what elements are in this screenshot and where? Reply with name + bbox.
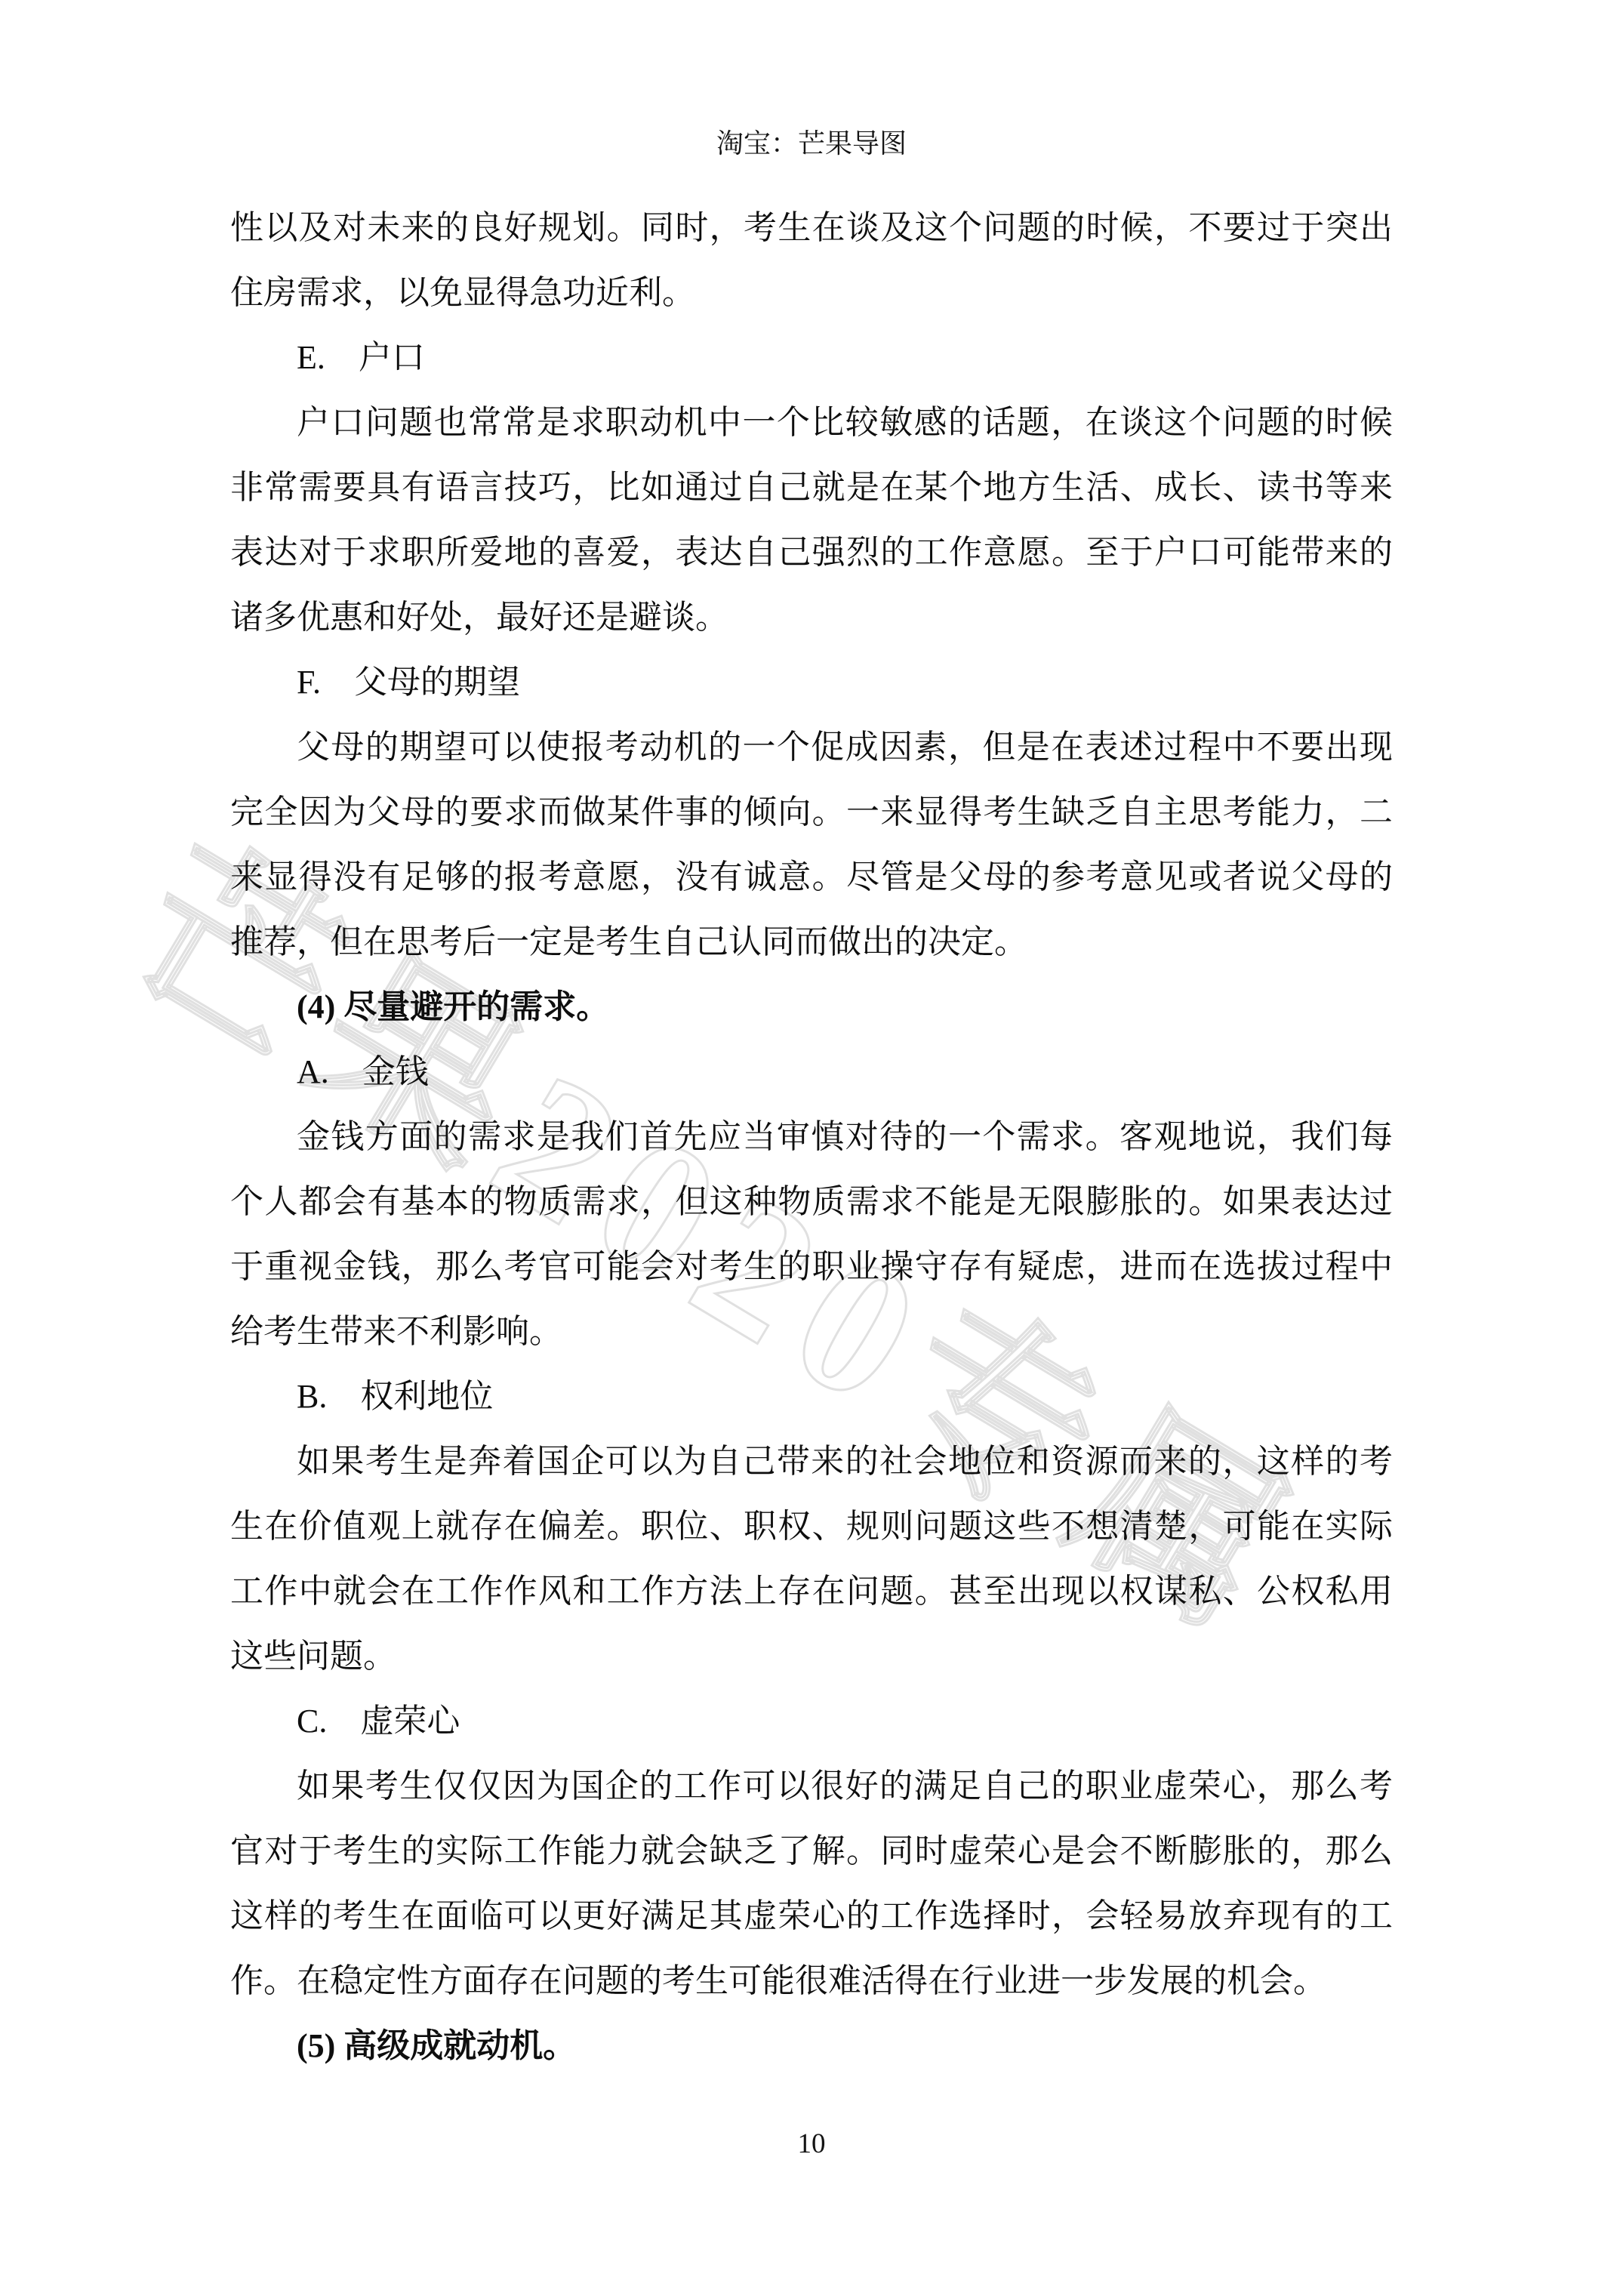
text-line: 个人都会有基本的物质需求，但这种物质需求不能是无限膨胀的。如果表达过 — [230, 1170, 1393, 1234]
bold-heading-line: (5) 高级成就动机。 — [230, 2014, 1393, 2079]
bold-heading-line: (4) 尽量避开的需求。 — [230, 975, 1393, 1040]
text-line: 来显得没有足够的报考意愿，没有诚意。尽管是父母的参考意见或者说父母的 — [230, 845, 1393, 910]
text-line: 如果考生仅仅因为国企的工作可以很好的满足自己的职业虚荣心，那么考 — [230, 1754, 1393, 1819]
text-line: 工作中就会在工作作风和工作方法上存在问题。甚至出现以权谋私、公权私用 — [230, 1559, 1393, 1624]
text-line: C. 虚荣心 — [230, 1689, 1393, 1754]
text-line: F. 父母的期望 — [230, 650, 1393, 715]
page-number: 10 — [0, 2128, 1623, 2161]
text-line: B. 权利地位 — [230, 1364, 1393, 1429]
document-body: 性以及对未来的良好规划。同时，考生在谈及这个问题的时候，不要过于突出住房需求，以… — [230, 196, 1393, 2079]
text-line: 给考生带来不利影响。 — [230, 1299, 1393, 1364]
document-page: 淘宝：芒果导图 芒果2020专属 性以及对未来的良好规划。同时，考生在谈及这个问… — [0, 0, 1623, 2296]
text-line: 推荐，但在思考后一定是考生自己认同而做出的决定。 — [230, 910, 1393, 975]
text-line: 金钱方面的需求是我们首先应当审慎对待的一个需求。客观地说，我们每 — [230, 1105, 1393, 1170]
text-line: 于重视金钱，那么考官可能会对考生的职业操守存有疑虑，进而在选拔过程中 — [230, 1234, 1393, 1299]
text-line: 诸多优惠和好处，最好还是避谈。 — [230, 585, 1393, 650]
page-header-title: 淘宝：芒果导图 — [0, 127, 1623, 160]
text-line: 性以及对未来的良好规划。同时，考生在谈及这个问题的时候，不要过于突出 — [230, 196, 1393, 260]
text-line: 非常需要具有语言技巧，比如通过自己就是在某个地方生活、成长、读书等来 — [230, 455, 1393, 520]
text-line: 作。在稳定性方面存在问题的考生可能很难活得在行业进一步发展的机会。 — [230, 1949, 1393, 2014]
text-line: 完全因为父母的要求而做某件事的倾向。一来显得考生缺乏自主思考能力，二 — [230, 780, 1393, 845]
text-line: E. 户口 — [230, 325, 1393, 390]
text-line: 住房需求，以免显得急功近利。 — [230, 260, 1393, 325]
text-line: 父母的期望可以使报考动机的一个促成因素，但是在表述过程中不要出现 — [230, 715, 1393, 780]
text-line: A. 金钱 — [230, 1040, 1393, 1105]
text-line: 表达对于求职所爱地的喜爱，表达自己强烈的工作意愿。至于户口可能带来的 — [230, 520, 1393, 585]
text-line: 官对于考生的实际工作能力就会缺乏了解。同时虚荣心是会不断膨胀的，那么 — [230, 1819, 1393, 1884]
text-line: 这样的考生在面临可以更好满足其虚荣心的工作选择时，会轻易放弃现有的工 — [230, 1884, 1393, 1949]
text-line: 生在价值观上就存在偏差。职位、职权、规则问题这些不想清楚，可能在实际 — [230, 1494, 1393, 1559]
text-line: 户口问题也常常是求职动机中一个比较敏感的话题，在谈这个问题的时候 — [230, 390, 1393, 455]
text-line: 如果考生是奔着国企可以为自己带来的社会地位和资源而来的，这样的考 — [230, 1429, 1393, 1494]
text-line: 这些问题。 — [230, 1624, 1393, 1689]
